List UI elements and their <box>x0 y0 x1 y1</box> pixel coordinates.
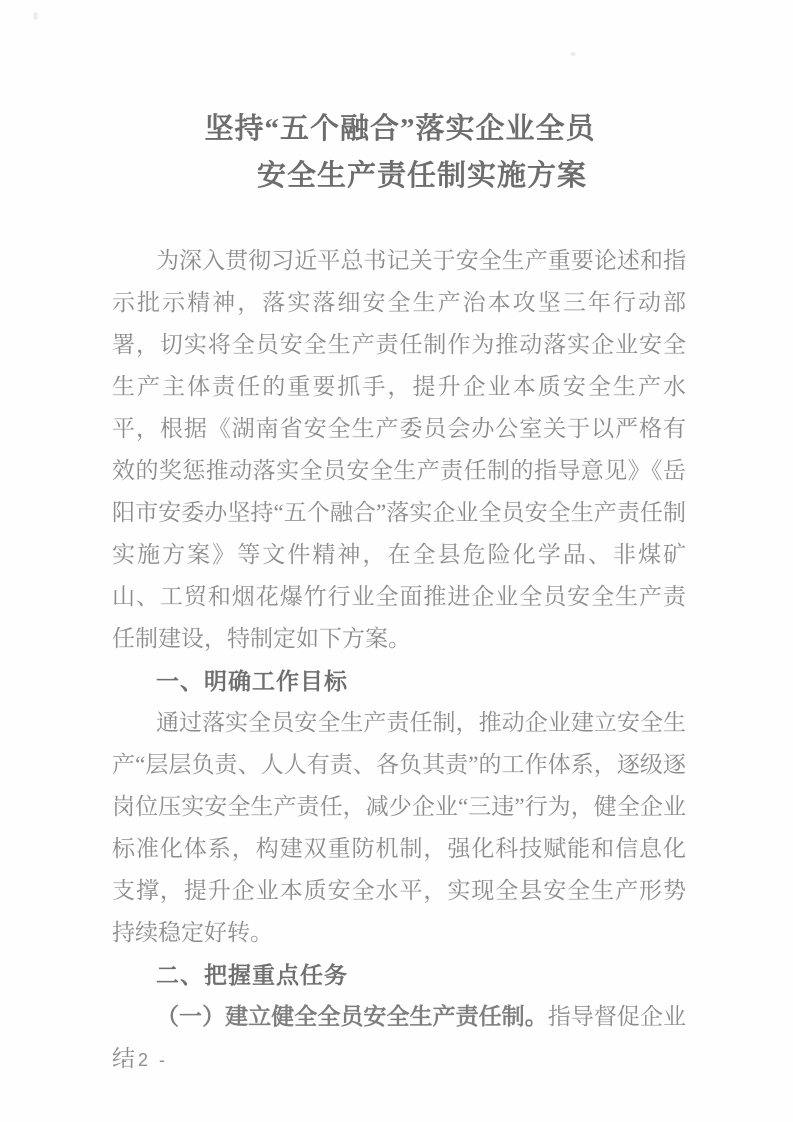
document-page: 坚持“五个融合”落实企业全员 安全生产责任制实施方案 为深入贯彻习近平总书记关于… <box>0 0 793 1122</box>
title-line-1: 坚持“五个融合”落实企业全员 <box>113 106 687 153</box>
scan-artifact <box>33 12 38 20</box>
section-heading-1: 一、明确工作目标 <box>112 660 686 702</box>
page-number: - 2 - <box>121 1050 168 1071</box>
paragraph-goals: 通过落实全员安全生产责任制，推动企业建立安全生产“层层负责、人人有责、各负其责”… <box>112 702 686 954</box>
paragraph-intro: 为深入贯彻习近平总书记关于安全生产重要论述和指示批示精神，落实落细安全生产治本攻… <box>112 240 686 660</box>
document-title: 坚持“五个融合”落实企业全员 安全生产责任制实施方案 <box>113 106 687 200</box>
paragraph-task-1: （一）建立健全全员安全生产责任制。指导督促企业结 <box>112 996 686 1080</box>
task-1-lead: （一）建立健全全员安全生产责任制。 <box>156 1004 548 1029</box>
scan-artifact <box>570 52 576 56</box>
document-body: 为深入贯彻习近平总书记关于安全生产重要论述和指示批示精神，落实落细安全生产治本攻… <box>112 240 686 1080</box>
title-line-2: 安全生产责任制实施方案 <box>135 153 709 200</box>
section-heading-2: 二、把握重点任务 <box>112 954 686 996</box>
